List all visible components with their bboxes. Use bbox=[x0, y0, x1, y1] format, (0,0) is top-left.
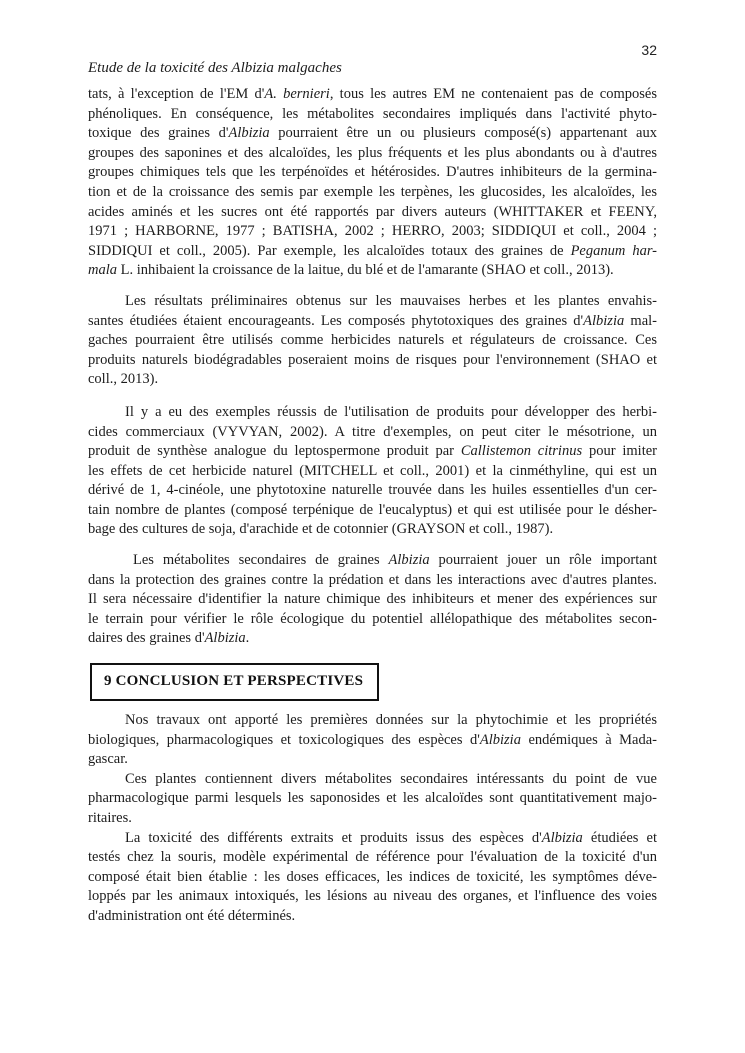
text-line: daires des graines d'Albizia. bbox=[88, 629, 657, 649]
text-line: Les résultats préliminaires obtenus sur … bbox=[88, 292, 657, 312]
text-line: La toxicité des différents extraits et p… bbox=[88, 829, 657, 849]
text-run: pourraient être un ou plusieurs composé(… bbox=[270, 125, 657, 141]
italic-text: Albizia bbox=[229, 125, 270, 141]
section-heading-row: 9 CONCLUSION ET PERSPECTIVES bbox=[88, 649, 657, 701]
text-run: Il y a eu des exemples réussis de l'util… bbox=[125, 404, 657, 420]
text-line: phénoliques. En conséquence, les métabol… bbox=[88, 105, 657, 125]
italic-text: Albizia bbox=[389, 552, 430, 568]
running-header: Etude de la toxicité des Albizia malgach… bbox=[88, 60, 657, 77]
paragraph: Les résultats préliminaires obtenus sur … bbox=[88, 292, 657, 390]
text-run: 1971 ; HARBORNE, 1977 ; BATISHA, 2002 ; … bbox=[88, 223, 657, 239]
text-line: bage des cultures de soja, d'arachide et… bbox=[88, 520, 657, 540]
text-run: étudiées et bbox=[583, 830, 657, 846]
text-run: santes étudiées étaient encourageants. L… bbox=[88, 313, 583, 329]
text-run: pour imiter bbox=[582, 443, 657, 459]
paragraph: La toxicité des différents extraits et p… bbox=[88, 829, 657, 927]
text-line: groupes chimiques tels que les terpénoïd… bbox=[88, 163, 657, 183]
italic-text: Albizia bbox=[583, 313, 624, 329]
text-line: Il y a eu des exemples réussis de l'util… bbox=[88, 403, 657, 423]
text-run: daires des graines d' bbox=[88, 630, 205, 646]
paragraph: Les métabolites secondaires de graines A… bbox=[88, 551, 657, 649]
text-run: Il sera nécessaire d'identifier la natur… bbox=[88, 591, 657, 607]
text-line: dérivé de 1, 4-cinéole, une phytotoxine … bbox=[88, 481, 657, 501]
text-line: gaches pourraient être utilisés comme he… bbox=[88, 331, 657, 351]
text-run: mal- bbox=[624, 313, 657, 329]
text-run: cides commerciaux (VYVYAN, 2002). A titr… bbox=[88, 424, 657, 440]
text-run: acides aminés et les sucres ont été rapp… bbox=[88, 204, 657, 220]
section-heading-box: 9 CONCLUSION ET PERSPECTIVES bbox=[90, 663, 379, 701]
text-run: d'administration ont été déterminés. bbox=[88, 908, 295, 924]
text-run: gascar. bbox=[88, 751, 128, 767]
text-line: loppés par les animaux intoxiqués, les l… bbox=[88, 887, 657, 907]
text-line: dans la protection des graines contre la… bbox=[88, 571, 657, 591]
text-run: pourraient jouer un rôle important bbox=[430, 552, 657, 568]
text-line: mala L. inhibaient la croissance de la l… bbox=[88, 261, 657, 281]
text-run: Les métabolites secondaires de graines bbox=[133, 552, 389, 568]
text-run: tats, à l'exception de l'EM d' bbox=[88, 86, 264, 102]
text-line: acides aminés et les sucres ont été rapp… bbox=[88, 203, 657, 223]
text-run: gaches pourraient être utilisés comme he… bbox=[88, 332, 657, 348]
text-line: groupes des saponines et des alcaloïdes,… bbox=[88, 144, 657, 164]
text-line: cides commerciaux (VYVYAN, 2002). A titr… bbox=[88, 423, 657, 443]
text-run: dérivé de 1, 4-cinéole, une phytotoxine … bbox=[88, 482, 657, 498]
text-line: testés chez la souris, modèle expériment… bbox=[88, 848, 657, 868]
text-run: coll., 2013). bbox=[88, 371, 158, 387]
text-run: produits naturels biodégradables poserai… bbox=[88, 352, 657, 368]
text-line: produits naturels biodégradables poserai… bbox=[88, 351, 657, 371]
text-line: toxique des graines d'Albizia pourraient… bbox=[88, 124, 657, 144]
text-run: . bbox=[246, 630, 250, 646]
text-run: dans la protection des graines contre la… bbox=[88, 572, 657, 588]
text-run: composé était bien établie : les doses e… bbox=[88, 869, 657, 885]
text-run: produit de synthèse analogue du leptospe… bbox=[88, 443, 461, 459]
text-run: Nos travaux ont apporté les premières do… bbox=[125, 712, 657, 728]
body-text: tats, à l'exception de l'EM d'A. bernier… bbox=[88, 85, 657, 927]
text-line: 1971 ; HARBORNE, 1977 ; BATISHA, 2002 ; … bbox=[88, 222, 657, 242]
text-line: tats, à l'exception de l'EM d'A. bernier… bbox=[88, 85, 657, 105]
text-line: santes étudiées étaient encourageants. L… bbox=[88, 312, 657, 332]
italic-text: Albizia bbox=[542, 830, 583, 846]
text-line: coll., 2013). bbox=[88, 370, 657, 390]
text-line: gascar. bbox=[88, 750, 657, 770]
text-run: Ces plantes contiennent divers métabolit… bbox=[125, 771, 657, 787]
text-run: endémiques à Mada- bbox=[521, 732, 657, 748]
text-line: tain nombre de plantes (composé terpéniq… bbox=[88, 501, 657, 521]
page-number: 32 bbox=[88, 42, 657, 58]
section-heading: 9 CONCLUSION ET PERSPECTIVES bbox=[104, 673, 363, 689]
document-page: 32 Etude de la toxicité des Albizia malg… bbox=[0, 0, 745, 1053]
text-run: La toxicité des différents extraits et p… bbox=[125, 830, 542, 846]
italic-text: Peganum har- bbox=[571, 243, 657, 259]
text-run: bage des cultures de soja, d'arachide et… bbox=[88, 521, 553, 537]
text-run: Les résultats préliminaires obtenus sur … bbox=[125, 293, 657, 309]
text-line: Nos travaux ont apporté les premières do… bbox=[88, 711, 657, 731]
text-line: ritaires. bbox=[88, 809, 657, 829]
text-run: le terrain pour vérifier le rôle écologi… bbox=[88, 611, 657, 627]
text-run: pharmacologique parmi lesquels les sapon… bbox=[88, 790, 657, 806]
text-line: le terrain pour vérifier le rôle écologi… bbox=[88, 610, 657, 630]
text-run: les effets de cet herbicide naturel (MIT… bbox=[88, 463, 657, 479]
italic-text: Callistemon citrinus bbox=[461, 443, 582, 459]
spacer bbox=[88, 701, 657, 711]
paragraph: Nos travaux ont apporté les premières do… bbox=[88, 711, 657, 770]
text-run: testés chez la souris, modèle expériment… bbox=[88, 849, 657, 865]
text-run: loppés par les animaux intoxiqués, les l… bbox=[88, 888, 657, 904]
text-run: SIDDIQUI et coll., 2005). Par exemple, l… bbox=[88, 243, 571, 259]
text-run: , tous les autres EM ne contenaient pas … bbox=[330, 86, 657, 102]
italic-text: A. bernieri bbox=[264, 86, 329, 102]
text-line: composé était bien établie : les doses e… bbox=[88, 868, 657, 888]
text-run: groupes des saponines et des alcaloïdes,… bbox=[88, 145, 657, 161]
text-run: groupes chimiques tels que les terpénoïd… bbox=[88, 164, 657, 180]
paragraph: tats, à l'exception de l'EM d'A. bernier… bbox=[88, 85, 657, 281]
italic-text: Albizia bbox=[205, 630, 246, 646]
text-line: tion et de la croissance des semis par e… bbox=[88, 183, 657, 203]
text-line: biologiques, pharmacologiques et toxicol… bbox=[88, 731, 657, 751]
text-run: toxique des graines d' bbox=[88, 125, 229, 141]
paragraph: Il y a eu des exemples réussis de l'util… bbox=[88, 403, 657, 540]
italic-text: mala bbox=[88, 262, 117, 278]
text-run: ritaires. bbox=[88, 810, 132, 826]
paragraph: Ces plantes contiennent divers métabolit… bbox=[88, 770, 657, 829]
text-line: d'administration ont été déterminés. bbox=[88, 907, 657, 927]
text-run: biologiques, pharmacologiques et toxicol… bbox=[88, 732, 480, 748]
text-run: L. inhibaient la croissance de la laitue… bbox=[117, 262, 614, 278]
text-line: SIDDIQUI et coll., 2005). Par exemple, l… bbox=[88, 242, 657, 262]
text-run: phénoliques. En conséquence, les métabol… bbox=[88, 106, 657, 122]
text-line: produit de synthèse analogue du leptospe… bbox=[88, 442, 657, 462]
text-line: les effets de cet herbicide naturel (MIT… bbox=[88, 462, 657, 482]
text-run: tion et de la croissance des semis par e… bbox=[88, 184, 657, 200]
text-line: pharmacologique parmi lesquels les sapon… bbox=[88, 789, 657, 809]
italic-text: Albizia bbox=[480, 732, 521, 748]
text-run: tain nombre de plantes (composé terpéniq… bbox=[88, 502, 657, 518]
text-line: Ces plantes contiennent divers métabolit… bbox=[88, 770, 657, 790]
text-line: Les métabolites secondaires de graines A… bbox=[88, 551, 657, 571]
text-line: Il sera nécessaire d'identifier la natur… bbox=[88, 590, 657, 610]
